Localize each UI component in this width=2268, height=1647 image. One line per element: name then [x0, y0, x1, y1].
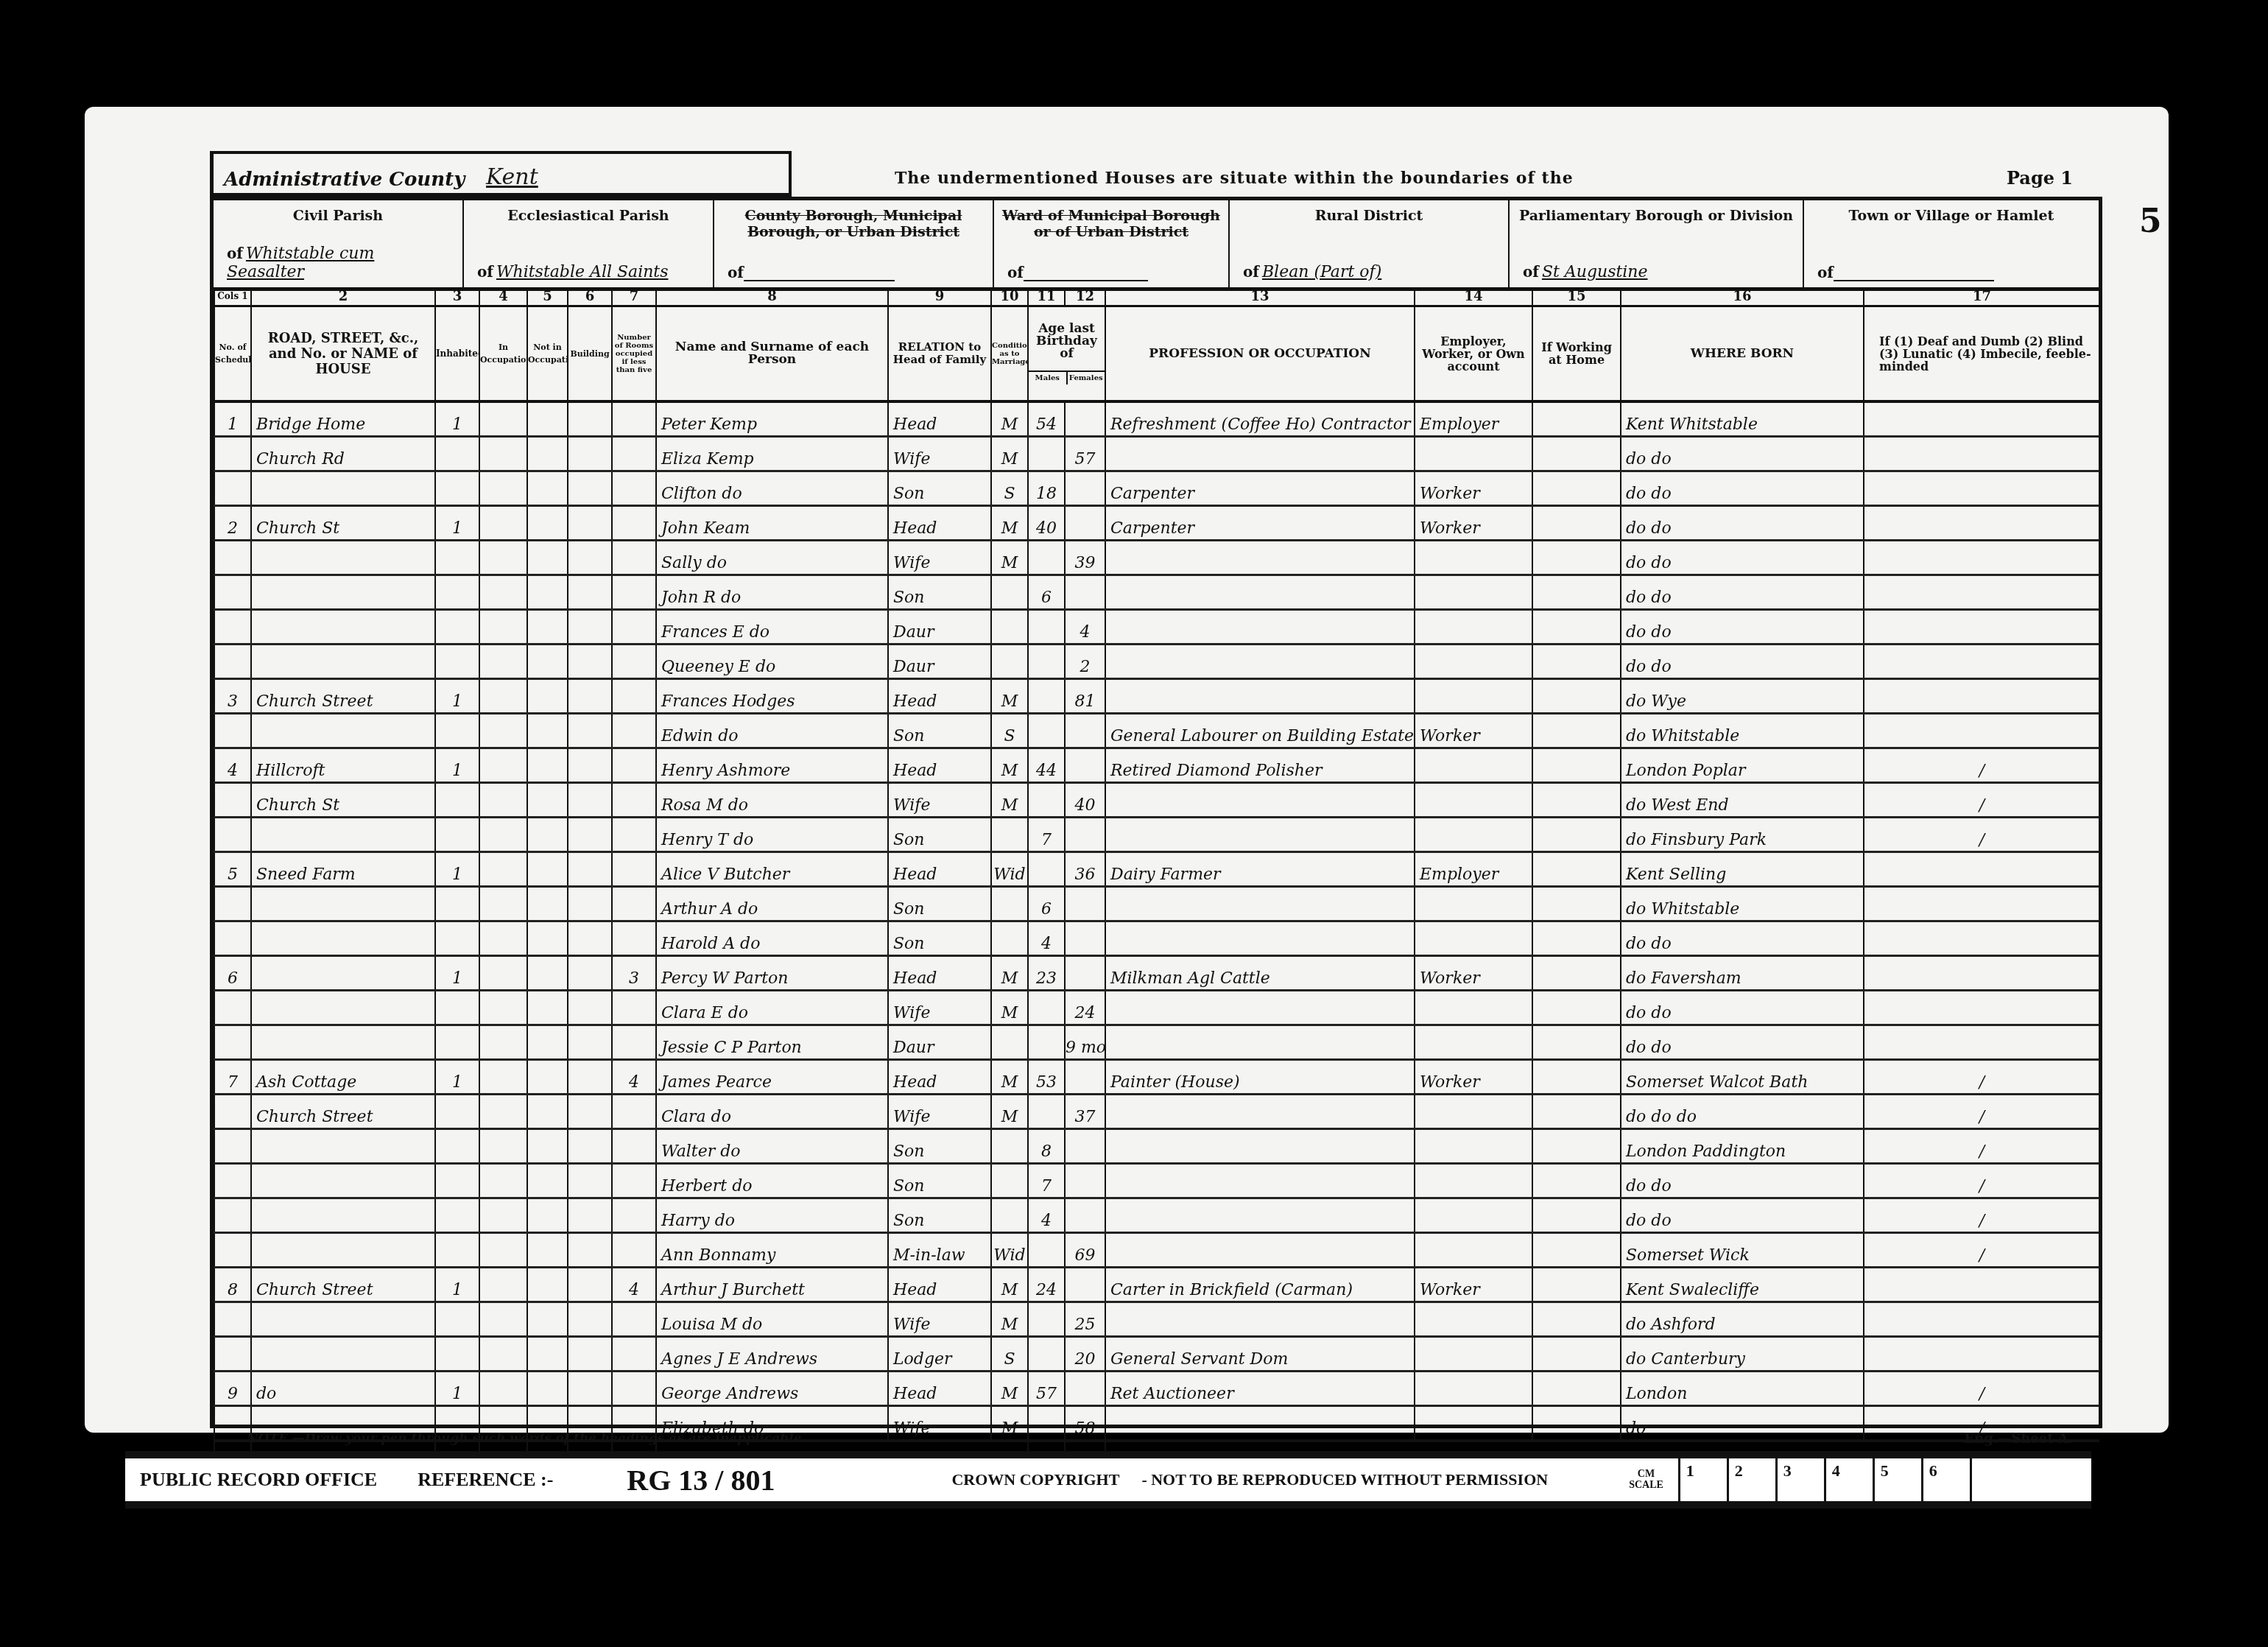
cell-schedule	[214, 1198, 251, 1233]
cell-relation: Son	[888, 575, 991, 610]
cell-inhabited: 1	[435, 1372, 479, 1406]
scale-cell	[1970, 1458, 2080, 1501]
cell-e1	[479, 783, 527, 818]
person-row: Frances E doDaur4do do	[214, 610, 2099, 645]
cell-schedule: 8	[214, 1268, 251, 1302]
cell-occupation: Carpenter	[1105, 506, 1415, 541]
cell-rooms	[612, 1129, 656, 1164]
cell-relation: Wife	[888, 991, 991, 1025]
cell-infirmity	[1864, 852, 2099, 887]
administrative-county-box: Administrative County Kent	[210, 151, 792, 197]
cell-schedule	[214, 541, 251, 575]
page-label: Page 1	[2007, 167, 2073, 189]
cell-occupation	[1105, 887, 1415, 921]
cell-at-home	[1532, 887, 1621, 921]
cm-label: CM	[1638, 1469, 1655, 1480]
cell-occupation: Refreshment (Coffee Ho) Contractor	[1105, 401, 1415, 437]
cell-occupation	[1105, 1095, 1415, 1129]
cell-e2	[527, 991, 568, 1025]
boundaries-text: The undermentioned Houses are situate wi…	[895, 169, 1574, 188]
cell-e3	[568, 818, 612, 852]
cell-e2	[527, 921, 568, 956]
cell-employer	[1415, 645, 1532, 679]
cell-name: Frances Hodges	[656, 679, 888, 714]
cell-road: Church Street	[251, 1268, 435, 1302]
cell-infirmity	[1864, 401, 2099, 437]
cell-relation: M-in-law	[888, 1233, 991, 1268]
cell-occupation	[1105, 1025, 1415, 1060]
area-title: Rural District	[1230, 208, 1508, 224]
cell-where-born: do Canterbury	[1621, 1337, 1864, 1372]
area-row: Civil Parish ofWhitstable cum Seasalter …	[214, 200, 2099, 291]
cell-rooms	[612, 1095, 656, 1129]
cell-e1	[479, 575, 527, 610]
cell-where-born: do West End	[1621, 783, 1864, 818]
cell-occupation	[1105, 1129, 1415, 1164]
header-in-occupation: In Occupation	[479, 306, 527, 402]
cell-condition: M	[991, 541, 1028, 575]
copyright-label: CROWN COPYRIGHT	[951, 1470, 1119, 1489]
cell-infirmity	[1864, 541, 2099, 575]
cell-infirmity	[1864, 679, 2099, 714]
cell-where-born: do Wye	[1621, 679, 1864, 714]
cell-at-home	[1532, 1372, 1621, 1406]
census-table: Cols 1234567891011121314151617 No. of Sc…	[214, 287, 2099, 1507]
cell-schedule	[214, 991, 251, 1025]
area-title: Parliamentary Borough or Division	[1510, 208, 1803, 224]
cell-name: Arthur J Burchett	[656, 1268, 888, 1302]
cell-infirmity	[1864, 956, 2099, 991]
cell-e3	[568, 921, 612, 956]
cell-inhabited: 1	[435, 401, 479, 437]
cell-employer	[1415, 1406, 1532, 1441]
cell-employer	[1415, 437, 1532, 471]
cell-condition	[991, 1025, 1028, 1060]
cell-e1	[479, 1095, 527, 1129]
cell-e3	[568, 1025, 612, 1060]
cell-e3	[568, 679, 612, 714]
header-relation: RELATION to Head of Family	[888, 306, 991, 402]
cell-female-age	[1065, 714, 1105, 748]
cell-inhabited	[435, 887, 479, 921]
cell-at-home	[1532, 506, 1621, 541]
cell-schedule	[214, 575, 251, 610]
scale-cell: 4	[1824, 1458, 1873, 1501]
cell-rooms	[612, 748, 656, 783]
area-blank	[744, 267, 895, 281]
cell-e3	[568, 610, 612, 645]
cell-at-home	[1532, 1337, 1621, 1372]
cell-where-born: London	[1621, 1372, 1864, 1406]
cell-schedule	[214, 1406, 251, 1441]
cell-occupation	[1105, 1406, 1415, 1441]
cell-condition: M	[991, 506, 1028, 541]
cell-employer	[1415, 541, 1532, 575]
area-prefix: of	[1817, 264, 1834, 281]
cell-name: Harold A do	[656, 921, 888, 956]
cell-female-age	[1065, 1164, 1105, 1198]
person-row: Arthur A doSon6do Whitstable	[214, 887, 2099, 921]
cell-road	[251, 471, 435, 506]
cell-employer	[1415, 1164, 1532, 1198]
cell-e3	[568, 887, 612, 921]
cell-road: Church St	[251, 506, 435, 541]
header-name: Name and Surname of each Person	[656, 306, 888, 402]
cell-occupation: Dairy Farmer	[1105, 852, 1415, 887]
cell-infirmity: /	[1864, 748, 2099, 783]
cell-name: Rosa M do	[656, 783, 888, 818]
cell-infirmity	[1864, 471, 2099, 506]
person-row: Church StreetClara doWifeM37do do do/	[214, 1095, 2099, 1129]
cell-relation: Daur	[888, 610, 991, 645]
cell-relation: Son	[888, 714, 991, 748]
cell-e2	[527, 1268, 568, 1302]
cell-schedule: 3	[214, 679, 251, 714]
area-title: County Borough, Municipal Borough, or Ur…	[714, 208, 993, 240]
column-number: 9	[888, 287, 991, 306]
area-value-line: of	[1007, 264, 1215, 281]
area-value-line: ofSt Augustine	[1523, 263, 1789, 281]
cell-female-age	[1065, 401, 1105, 437]
cell-where-born: do Finsbury Park	[1621, 818, 1864, 852]
cell-e1	[479, 1025, 527, 1060]
cell-rooms	[612, 1164, 656, 1198]
cell-e1	[479, 714, 527, 748]
cell-road: Ash Cottage	[251, 1060, 435, 1095]
cell-male-age	[1028, 783, 1065, 818]
cell-male-age: 6	[1028, 887, 1065, 921]
cell-employer	[1415, 1129, 1532, 1164]
cell-e2	[527, 610, 568, 645]
cell-at-home	[1532, 1406, 1621, 1441]
cell-road	[251, 714, 435, 748]
cell-e3	[568, 1060, 612, 1095]
cell-name: Percy W Parton	[656, 956, 888, 991]
area-prefix: of	[1523, 263, 1539, 281]
cell-female-age: 69	[1065, 1233, 1105, 1268]
cell-female-age: 81	[1065, 679, 1105, 714]
cell-relation: Head	[888, 748, 991, 783]
cell-infirmity	[1864, 1337, 2099, 1372]
cell-schedule	[214, 887, 251, 921]
cell-female-age	[1065, 471, 1105, 506]
cell-female-age	[1065, 818, 1105, 852]
cell-female-age: 36	[1065, 852, 1105, 887]
cell-infirmity: /	[1864, 1164, 2099, 1198]
cell-e2	[527, 1129, 568, 1164]
cell-inhabited	[435, 437, 479, 471]
cell-occupation	[1105, 991, 1415, 1025]
cell-e3	[568, 1337, 612, 1372]
cell-road	[251, 1025, 435, 1060]
cell-rooms	[612, 887, 656, 921]
cell-relation: Son	[888, 921, 991, 956]
cell-e3	[568, 575, 612, 610]
cell-condition: M	[991, 679, 1028, 714]
cell-condition: M	[991, 956, 1028, 991]
header-age: Age last Birthday of Males Females	[1028, 306, 1105, 402]
cell-male-age	[1028, 1233, 1065, 1268]
area-value-line: of	[728, 264, 979, 281]
cell-e1	[479, 1268, 527, 1302]
area-blank	[1024, 267, 1148, 281]
person-row: Clara E doWifeM24do do	[214, 991, 2099, 1025]
person-row: Church RdEliza KempWifeM57do do	[214, 437, 2099, 471]
cell-female-age: 58	[1065, 1406, 1105, 1441]
cell-infirmity: /	[1864, 1198, 2099, 1233]
column-number: 17	[1864, 287, 2099, 306]
cell-female-age: 4	[1065, 610, 1105, 645]
cell-employer: Worker	[1415, 471, 1532, 506]
person-row: 4Hillcroft1Henry AshmoreHeadM44Retired D…	[214, 748, 2099, 783]
cell-name: Clifton do	[656, 471, 888, 506]
cell-where-born: do Ashford	[1621, 1302, 1864, 1337]
cell-schedule: 2	[214, 506, 251, 541]
cell-inhabited	[435, 991, 479, 1025]
cell-e1	[479, 818, 527, 852]
cell-condition	[991, 921, 1028, 956]
cell-employer	[1415, 1095, 1532, 1129]
cell-occupation: General Labourer on Building Estate	[1105, 714, 1415, 748]
cell-female-age	[1065, 1129, 1105, 1164]
cell-at-home	[1532, 1060, 1621, 1095]
cell-female-age: 40	[1065, 783, 1105, 818]
cell-e2	[527, 437, 568, 471]
cell-employer	[1415, 575, 1532, 610]
cell-male-age: 24	[1028, 1268, 1065, 1302]
cell-e2	[527, 714, 568, 748]
person-row: Queeney E doDaur2do do	[214, 645, 2099, 679]
cell-name: Herbert do	[656, 1164, 888, 1198]
cell-infirmity	[1864, 714, 2099, 748]
cell-female-age: 9 mo	[1065, 1025, 1105, 1060]
person-row: Walter doSon8London Paddington/	[214, 1129, 2099, 1164]
cell-schedule	[214, 1302, 251, 1337]
column-number: 14	[1415, 287, 1532, 306]
header-building: Building	[568, 306, 612, 402]
cell-e3	[568, 645, 612, 679]
cell-road	[251, 921, 435, 956]
cell-at-home	[1532, 401, 1621, 437]
cell-e2	[527, 401, 568, 437]
cell-male-age: 4	[1028, 921, 1065, 956]
area-value: Whitstable All Saints	[496, 263, 669, 281]
cell-at-home	[1532, 1164, 1621, 1198]
cell-relation: Head	[888, 679, 991, 714]
header-males: Males	[1029, 372, 1066, 384]
cell-e2	[527, 1060, 568, 1095]
cell-female-age	[1065, 1198, 1105, 1233]
cell-relation: Head	[888, 401, 991, 437]
cell-female-age	[1065, 887, 1105, 921]
reference-label: REFERENCE :-	[418, 1469, 553, 1491]
cell-e2	[527, 783, 568, 818]
cell-e3	[568, 541, 612, 575]
cell-schedule	[214, 921, 251, 956]
cell-infirmity: /	[1864, 783, 2099, 818]
cell-inhabited	[435, 1337, 479, 1372]
cell-inhabited	[435, 1025, 479, 1060]
column-number: Cols 1	[214, 287, 251, 306]
cell-employer	[1415, 1233, 1532, 1268]
cell-e2	[527, 471, 568, 506]
area-prefix: of	[1007, 264, 1024, 281]
cell-employer	[1415, 1337, 1532, 1372]
area-value: Whitstable cum Seasalter	[227, 245, 374, 281]
cell-at-home	[1532, 1302, 1621, 1337]
cell-condition: S	[991, 1337, 1028, 1372]
cell-schedule	[214, 610, 251, 645]
cell-occupation: Ret Auctioneer	[1105, 1372, 1415, 1406]
cell-e3	[568, 991, 612, 1025]
cell-inhabited	[435, 921, 479, 956]
cell-at-home	[1532, 714, 1621, 748]
cell-where-born: do do	[1621, 575, 1864, 610]
cell-e2	[527, 645, 568, 679]
cell-e1	[479, 1164, 527, 1198]
person-row: 613Percy W PartonHeadM23Milkman Agl Catt…	[214, 956, 2099, 991]
cell-e1	[479, 1372, 527, 1406]
county-label: Administrative County	[224, 169, 465, 191]
cell-condition	[991, 610, 1028, 645]
cell-rooms	[612, 679, 656, 714]
cell-female-age	[1065, 1372, 1105, 1406]
sheet-label: Eng.—Sheet A.	[1965, 1431, 2073, 1447]
cell-occupation	[1105, 679, 1415, 714]
cell-inhabited	[435, 471, 479, 506]
cell-occupation	[1105, 541, 1415, 575]
area-field: Town or Village or Hamlet of	[1804, 200, 2099, 287]
cell-schedule: 9	[214, 1372, 251, 1406]
cell-female-age: 37	[1065, 1095, 1105, 1129]
cell-occupation	[1105, 921, 1415, 956]
cell-name: Peter Kemp	[656, 401, 888, 437]
person-row: 9do1George AndrewsHeadM57Ret AuctioneerL…	[214, 1372, 2099, 1406]
form-note: NOTE.—Draw your pen through such words o…	[247, 1431, 806, 1446]
person-row: 3Church Street1Frances HodgesHeadM81do W…	[214, 679, 2099, 714]
cell-male-age: 54	[1028, 401, 1065, 437]
cell-schedule: 5	[214, 852, 251, 887]
cell-condition	[991, 1198, 1028, 1233]
cell-employer	[1415, 887, 1532, 921]
header-not-in-occupation: Not in Occupation	[527, 306, 568, 402]
person-row: 1Bridge Home1Peter KempHeadM54Refreshmen…	[214, 401, 2099, 437]
cell-e1	[479, 1129, 527, 1164]
cell-relation: Son	[888, 1164, 991, 1198]
cell-relation: Head	[888, 506, 991, 541]
cell-e1	[479, 748, 527, 783]
header-schedule: No. of Schedule	[214, 306, 251, 402]
person-row: Harry doSon4do do/	[214, 1198, 2099, 1233]
cell-rooms	[612, 1233, 656, 1268]
cell-where-born: do do	[1621, 1025, 1864, 1060]
cell-inhabited	[435, 575, 479, 610]
cell-condition: M	[991, 991, 1028, 1025]
area-blank	[1834, 267, 1994, 281]
cell-road	[251, 1129, 435, 1164]
cell-where-born: do Faversham	[1621, 956, 1864, 991]
column-numbers: Cols 1234567891011121314151617	[214, 287, 2099, 306]
cell-schedule	[214, 1025, 251, 1060]
cell-name: Agnes J E Andrews	[656, 1337, 888, 1372]
person-row: Sally doWifeM39do do	[214, 541, 2099, 575]
cell-relation: Son	[888, 471, 991, 506]
person-row: Louisa M doWifeM25do Ashford	[214, 1302, 2099, 1337]
cell-condition	[991, 1129, 1028, 1164]
header-age-label: Age last Birthday of	[1029, 323, 1105, 360]
cell-e1	[479, 471, 527, 506]
area-field: Civil Parish ofWhitstable cum Seasalter	[214, 200, 464, 287]
cell-at-home	[1532, 1233, 1621, 1268]
cell-inhabited	[435, 1129, 479, 1164]
cell-condition: Wid	[991, 852, 1028, 887]
cell-schedule: 4	[214, 748, 251, 783]
cell-e1	[479, 1302, 527, 1337]
cell-female-age	[1065, 921, 1105, 956]
cell-rooms	[612, 471, 656, 506]
cell-male-age: 23	[1028, 956, 1065, 991]
cell-inhabited	[435, 541, 479, 575]
person-row: Edwin doSonSGeneral Labourer on Building…	[214, 714, 2099, 748]
cell-inhabited: 1	[435, 506, 479, 541]
cell-at-home	[1532, 1198, 1621, 1233]
cell-employer	[1415, 1025, 1532, 1060]
cell-male-age	[1028, 541, 1065, 575]
scale-cell: 1	[1678, 1458, 1727, 1501]
cell-inhabited: 1	[435, 1268, 479, 1302]
cell-male-age	[1028, 991, 1065, 1025]
scale-cell: 5	[1873, 1458, 1921, 1501]
cell-female-age	[1065, 748, 1105, 783]
cell-e1	[479, 541, 527, 575]
cell-rooms	[612, 645, 656, 679]
cell-e3	[568, 1129, 612, 1164]
cell-employer	[1415, 1302, 1532, 1337]
cell-name: Jessie C P Parton	[656, 1025, 888, 1060]
cell-relation: Wife	[888, 1302, 991, 1337]
cell-road: Church Rd	[251, 437, 435, 471]
cell-rooms	[612, 818, 656, 852]
header-condition: Condition as to Marriage	[991, 306, 1028, 402]
cell-employer	[1415, 818, 1532, 852]
cell-where-born: London Poplar	[1621, 748, 1864, 783]
cell-at-home	[1532, 991, 1621, 1025]
cell-where-born: London Paddington	[1621, 1129, 1864, 1164]
area-field: Rural District ofBlean (Part of)	[1230, 200, 1510, 287]
cell-relation: Head	[888, 852, 991, 887]
cell-infirmity	[1864, 887, 2099, 921]
cell-schedule: 7	[214, 1060, 251, 1095]
cell-rooms	[612, 1198, 656, 1233]
area-value: Blean (Part of)	[1262, 263, 1381, 281]
cell-rooms	[612, 1302, 656, 1337]
cell-condition	[991, 1164, 1028, 1198]
cell-occupation	[1105, 1233, 1415, 1268]
cell-male-age	[1028, 1337, 1065, 1372]
cell-rooms	[612, 714, 656, 748]
cell-condition: M	[991, 401, 1028, 437]
column-number: 2	[251, 287, 435, 306]
cell-relation: Wife	[888, 783, 991, 818]
cell-where-born: do do	[1621, 541, 1864, 575]
cell-inhabited	[435, 1095, 479, 1129]
cell-e1	[479, 956, 527, 991]
cell-where-born: do do	[1621, 437, 1864, 471]
cell-e1	[479, 437, 527, 471]
cell-male-age: 6	[1028, 575, 1065, 610]
header-employer: Employer, Worker, or Own account	[1415, 306, 1532, 402]
cell-rooms	[612, 506, 656, 541]
